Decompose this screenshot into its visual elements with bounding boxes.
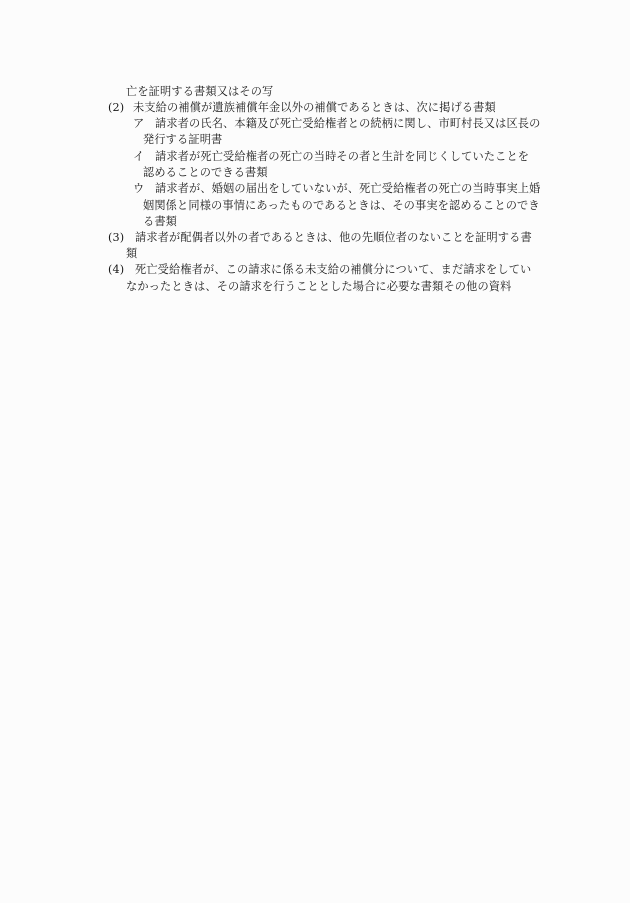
- item-number: (4): [108, 262, 124, 278]
- line-text: 請求者が死亡受給権者の死亡の当時その者と生計を同じくしていたことを: [155, 149, 529, 165]
- line-text: 認めることのできる書類: [143, 165, 268, 181]
- sub-item-marker: イ: [133, 149, 144, 165]
- text-line: なかったときは、その請求を行うこととした場合に必要な書類その他の資料: [0, 279, 630, 295]
- list-item-2: (2) 未支給の補償が遺族補償年金以外の補償であるときは、次に掲げる書類: [0, 100, 630, 116]
- text-line: 亡を証明する書類又はその写: [0, 84, 630, 100]
- line-text: 発行する証明書: [143, 132, 222, 148]
- sub-item-i: イ 請求者が死亡受給権者の死亡の当時その者と生計を同じくしていたことを: [0, 149, 630, 165]
- list-item-3: (3) 請求者が配偶者以外の者であるときは、他の先順位者のないことを証明する書: [0, 230, 630, 246]
- sub-item-marker: ウ: [133, 181, 144, 197]
- line-text: 請求者の氏名、本籍及び死亡受給権者との続柄に関し、市町村長又は区長の: [155, 116, 540, 132]
- line-text: 亡を証明する書類又はその写: [126, 84, 273, 100]
- line-text: 未支給の補償が遺族補償年金以外の補償であるときは、次に掲げる書類: [133, 100, 496, 116]
- text-line: 認めることのできる書類: [0, 165, 630, 181]
- item-number: (3): [108, 230, 124, 246]
- text-line: 姻関係と同様の事情にあったものであるときは、その事実を認めることのでき: [0, 198, 630, 214]
- line-text: 死亡受給権者が、この請求に係る未支給の補償分について、まだ請求をしてい: [135, 262, 531, 278]
- list-item-4: (4) 死亡受給権者が、この請求に係る未支給の補償分について、まだ請求をしてい: [0, 262, 630, 278]
- line-text: 請求者が配偶者以外の者であるときは、他の先順位者のないことを証明する書: [135, 230, 532, 246]
- document-page: 亡を証明する書類又はその写 (2) 未支給の補償が遺族補償年金以外の補償であると…: [0, 0, 630, 903]
- line-text: 類: [126, 246, 137, 262]
- line-text: 請求者が、婚姻の届出をしていないが、死亡受給権者の死亡の当時事実上婚: [155, 181, 540, 197]
- sub-item-marker: ア: [133, 116, 144, 132]
- text-line: 類: [0, 246, 630, 262]
- line-text: 姻関係と同様の事情にあったものであるときは、その事実を認めることのでき: [143, 198, 540, 214]
- text-line: 発行する証明書: [0, 132, 630, 148]
- sub-item-a: ア 請求者の氏名、本籍及び死亡受給権者との続柄に関し、市町村長又は区長の: [0, 116, 630, 132]
- line-text: る書類: [143, 214, 177, 230]
- line-text: なかったときは、その請求を行うこととした場合に必要な書類その他の資料: [126, 279, 511, 295]
- item-number: (2): [108, 100, 124, 116]
- text-line: る書類: [0, 214, 630, 230]
- sub-item-u: ウ 請求者が、婚姻の届出をしていないが、死亡受給権者の死亡の当時事実上婚: [0, 181, 630, 197]
